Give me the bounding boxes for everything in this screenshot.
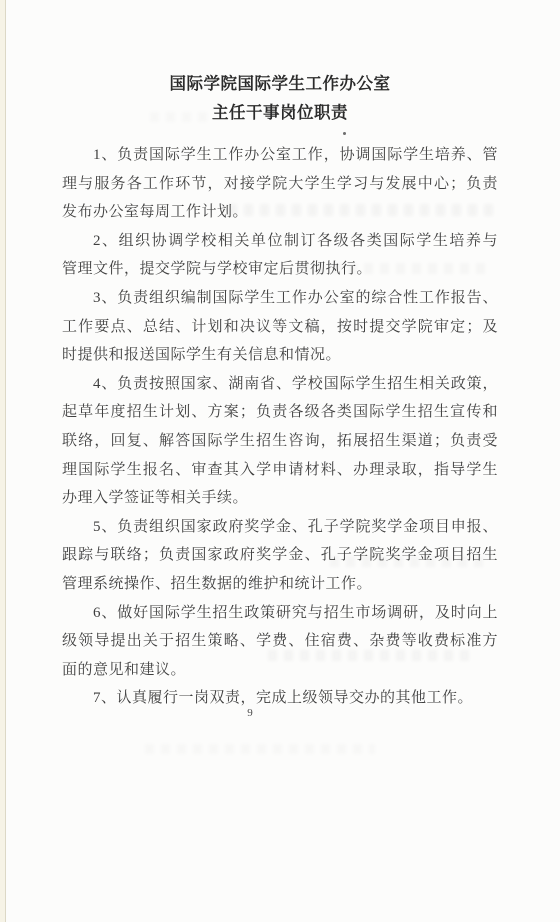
document-title-line-1: 国际学院国际学生工作办公室 [0,73,560,95]
body-line: 办理入学签证等相关手续。 [62,484,498,513]
bleed-through-artifact [268,650,473,661]
body-line: 起草年度招生计划、方案；负责各级各类国际学生招生宣传和 [62,398,498,427]
body-line: 3、负责组织编制国际学生工作办公室的综合性工作报告、 [62,284,498,313]
bleed-through-artifact [145,744,375,754]
body-line: 1、负责国际学生工作办公室工作，协调国际学生培养、管 [62,141,498,170]
scan-edge-artifact [0,0,6,922]
bleed-through-artifact [300,263,490,274]
body-line: 联络，回复、解答国际学生招生咨询，拓展招生渠道；负责受 [62,427,498,456]
document-body: 1、负责国际学生工作办公室工作，协调国际学生培养、管 理与服务各工作环节，对接学… [62,141,498,713]
body-line: 理与服务各工作环节，对接学院大学生学习与发展中心；负责 [62,170,498,199]
document-title-line-2: 主任干事岗位职责 [0,102,560,124]
body-line: 6、做好国际学生招生政策研究与招生市场调研，及时向上 [62,599,498,628]
bleed-through-artifact [228,204,496,216]
bleed-through-artifact [330,556,490,567]
body-line: 2、组织协调学校相关单位制订各级各类国际学生培养与 [62,227,498,256]
body-line: 时提供和报送国际学生有关信息和情况。 [62,341,498,370]
body-line: 5、负责组织国家政府奖学金、孔子学院奖学金项目申报、 [62,513,498,542]
body-line: 理国际学生报名、审查其入学申请材料、办理录取，指导学生 [62,456,498,485]
scan-dot-artifact [343,132,346,135]
body-line: 4、负责按照国家、湖南省、学校国际学生招生相关政策， [62,370,498,399]
body-line: 工作要点、总结、计划和决议等文稿，按时提交学院审定；及 [62,313,498,342]
bleed-through-artifact [150,112,212,122]
body-line: 管理系统操作、招生数据的维护和统计工作。 [62,570,498,599]
page-number: 9 [0,707,500,719]
scanned-document-page: 国际学院国际学生工作办公室 主任干事岗位职责 1、负责国际学生工作办公室工作，协… [0,0,560,922]
